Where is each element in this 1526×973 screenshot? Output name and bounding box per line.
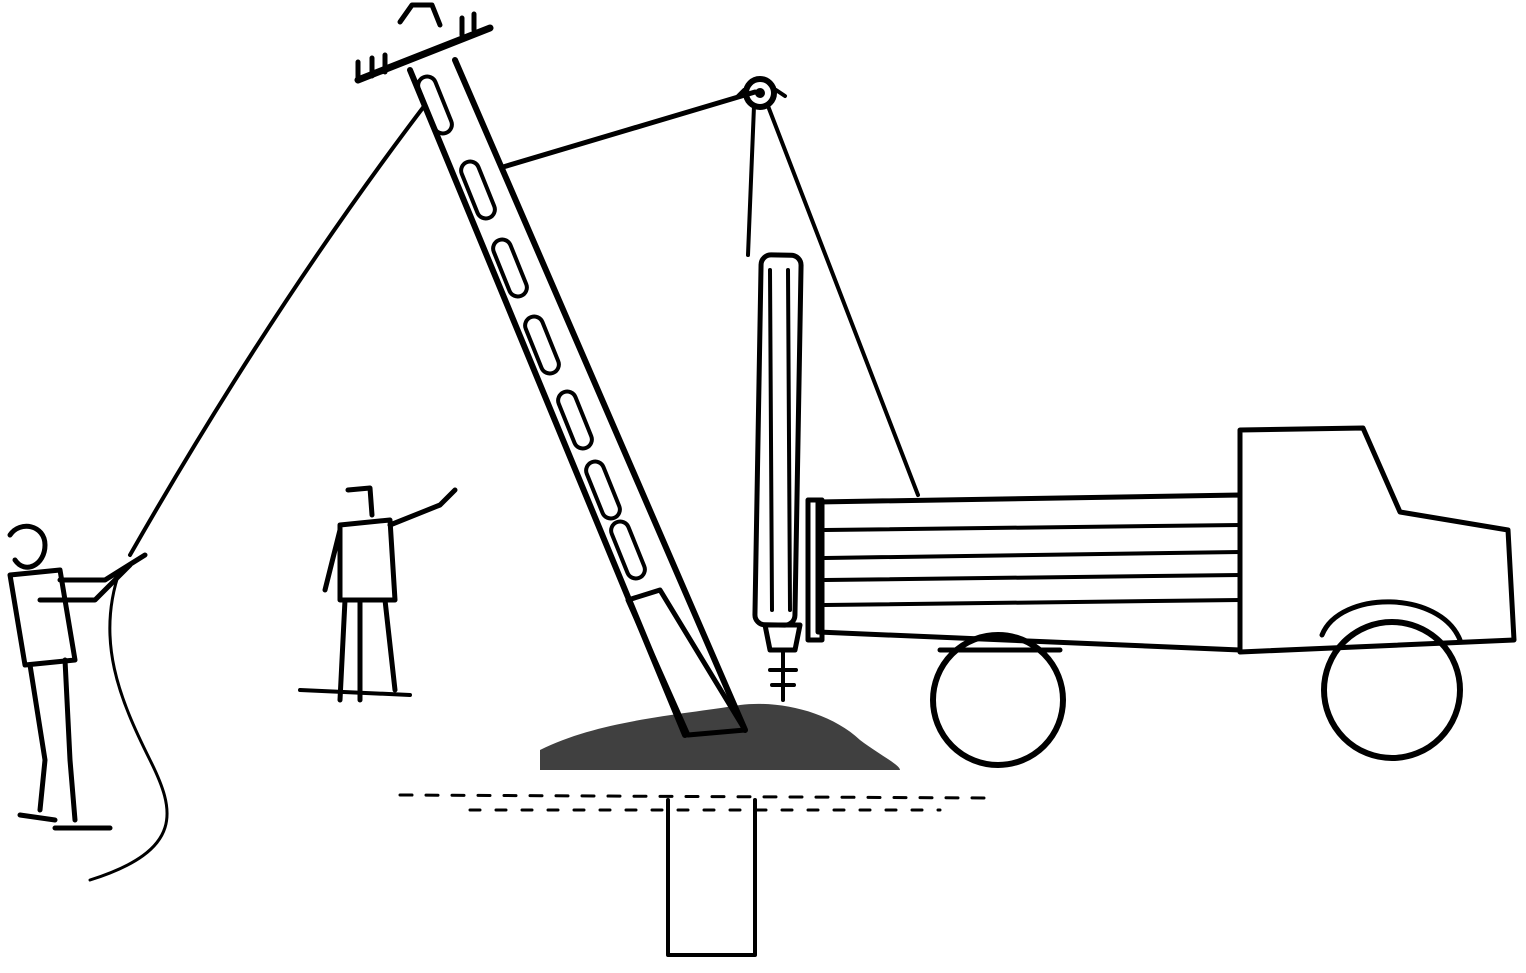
rope-pole-to-pulley xyxy=(503,92,755,167)
truck xyxy=(808,428,1514,765)
truck-rear-wheel xyxy=(933,635,1063,765)
dug-hole xyxy=(668,800,755,955)
illustration-canvas xyxy=(0,0,1526,973)
soil-pile xyxy=(400,704,990,810)
pole-crossarm xyxy=(358,5,490,80)
pulley-hoist-line xyxy=(748,106,754,255)
pulley-block-icon xyxy=(738,79,785,107)
guy-rope-left xyxy=(90,105,425,880)
worker-signaling xyxy=(300,488,455,700)
utility-pole xyxy=(410,60,745,735)
worker-pulling-rope xyxy=(10,526,145,828)
hydraulic-jack xyxy=(755,255,801,700)
pole-raising-drawing xyxy=(0,0,1526,973)
truck-front-wheel xyxy=(1324,622,1460,758)
